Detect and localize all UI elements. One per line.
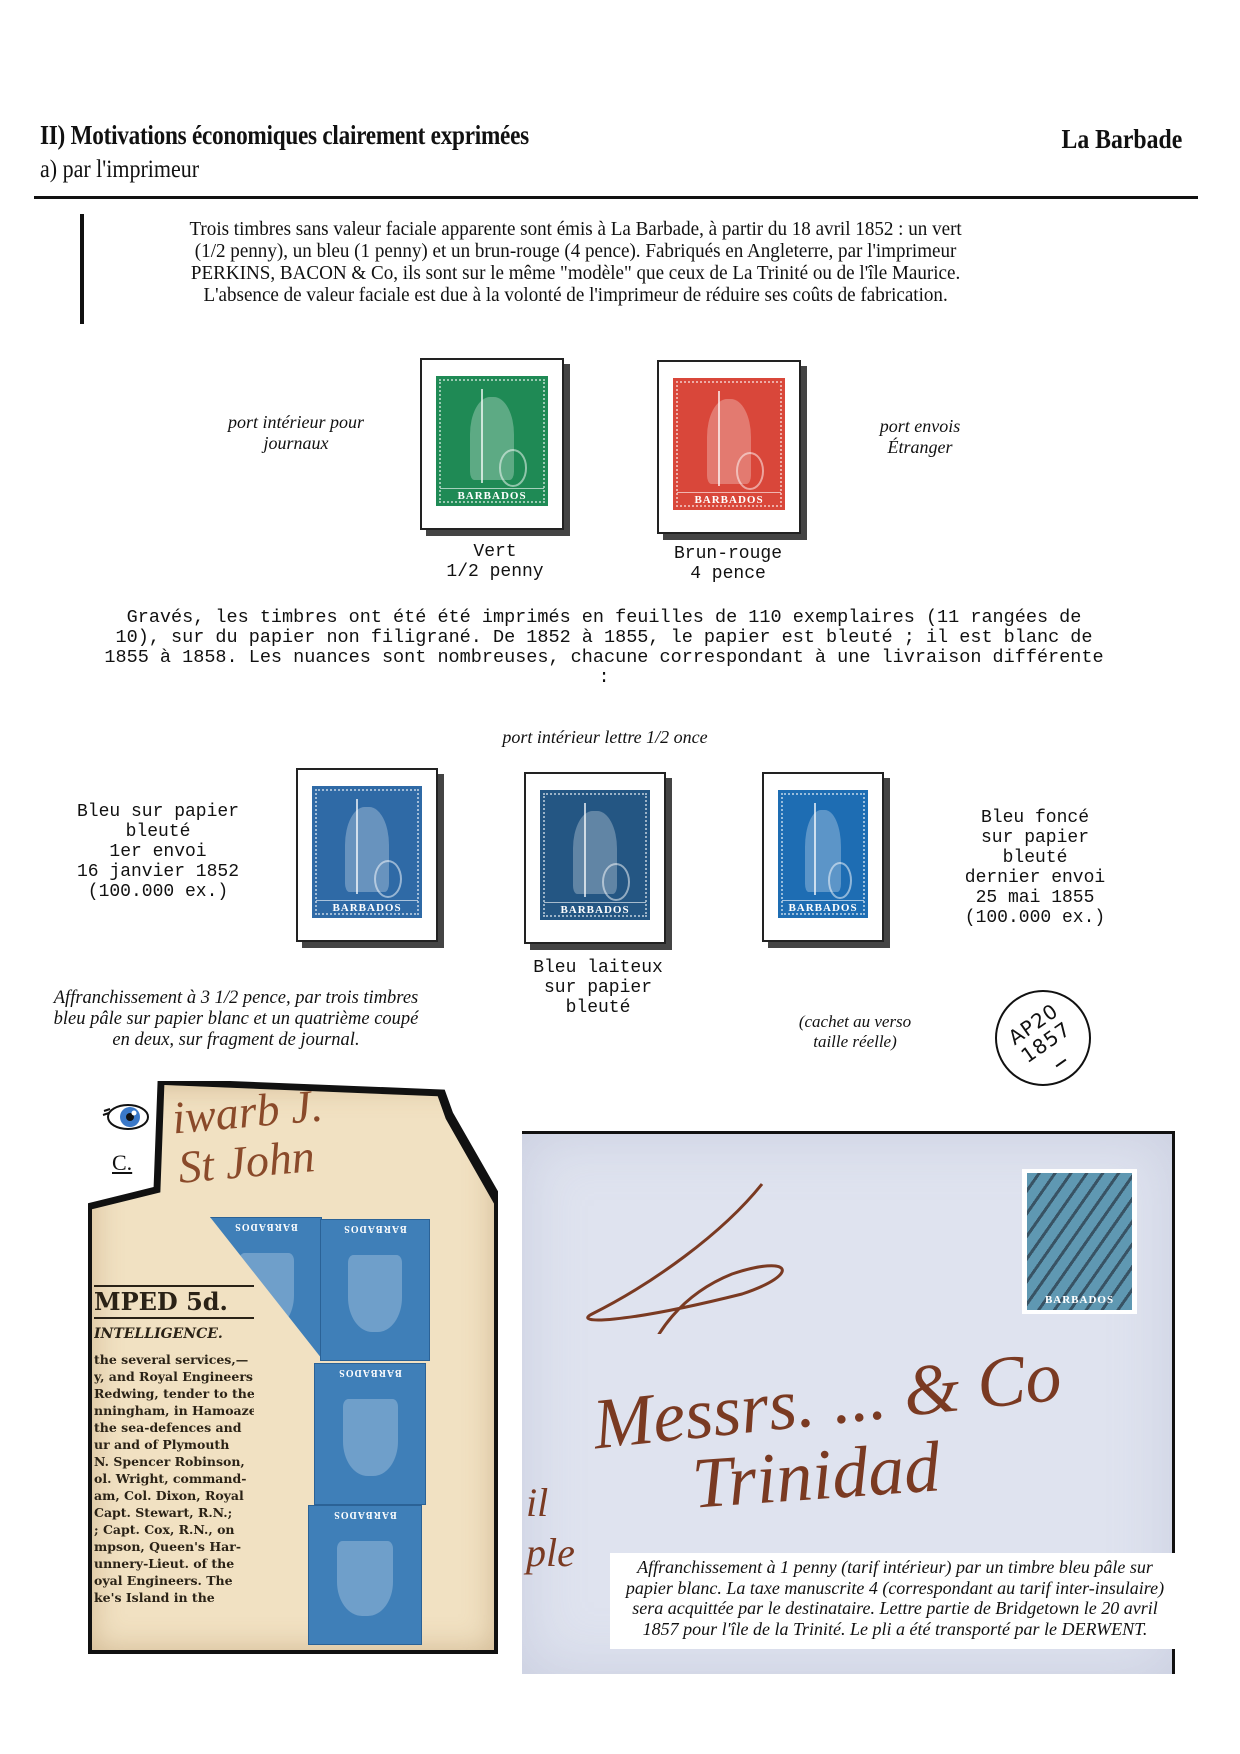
note-letter-rate: port intérieur lettre 1/2 once: [420, 727, 790, 748]
newspaper-line: the sea-defences and: [94, 1419, 254, 1436]
stamp-blue-2[interactable]: BARBADOS: [540, 790, 650, 920]
newspaper-line: oyal Engineers. The: [94, 1572, 254, 1589]
country-label: La Barbade: [1061, 124, 1182, 155]
printing-paragraph: Gravés, les timbres ont été été imprimés…: [104, 608, 1104, 688]
stamp-inscription: BARBADOS: [440, 488, 544, 503]
newspaper-line: ke's Island in the: [94, 1589, 254, 1606]
tax-mark-4: [562, 1174, 822, 1334]
stamp-mount-red: BARBADOS: [657, 360, 801, 534]
caption-green-stamp: Vert 1/2 penny: [395, 542, 595, 582]
stamp-mount-blue-3: BARBADOS: [762, 772, 884, 942]
caption-blue-stamp-2: Bleu laiteux sur papier bleuté: [508, 958, 688, 1018]
stamp-inscription: BARBADOS: [316, 900, 418, 915]
margin-script: ple: [526, 1529, 575, 1576]
newspaper-line: Capt. Stewart, R.N.;: [94, 1504, 254, 1521]
newspaper-fragment: iwarb J. St John MPED 5d. INTELLIGENCE. …: [92, 1085, 494, 1650]
intro-paragraph: Trois timbres sans valeur faciale appare…: [92, 218, 1059, 306]
newspaper-line: ol. Wright, command-: [94, 1470, 254, 1487]
newspaper-line: the several services,—: [94, 1351, 254, 1368]
newspaper-line: mpson, Queen's Har-: [94, 1538, 254, 1555]
fragment-stamp[interactable]: BARBADOS: [308, 1505, 422, 1645]
stamp-inscription: BARBADOS: [1031, 1294, 1128, 1306]
stamp-mount-green: BARBADOS: [420, 358, 564, 530]
cover-caption: Affranchissement à 1 penny (tarif intéri…: [610, 1553, 1180, 1649]
newspaper-line: ; Capt. Cox, R.N., on: [94, 1521, 254, 1538]
cover-stamp[interactable]: BARBADOS: [1022, 1169, 1137, 1314]
fragment-stamp[interactable]: BARBADOS: [320, 1219, 430, 1361]
caption-blue-stamp-1: Bleu sur papier bleuté 1er envoi 16 janv…: [48, 802, 268, 902]
intro-line: (1/2 penny), un bleu (1 penny) et un bru…: [92, 240, 1059, 262]
caption-red-stamp: Brun-rouge 4 pence: [628, 544, 828, 584]
stamp-inscription: BARBADOS: [677, 492, 781, 507]
page-subtitle: a) par l'imprimeur: [40, 156, 199, 184]
postmark: AP201857: [995, 990, 1091, 1086]
note-foreign-rate: port envois Étranger: [855, 416, 985, 458]
stamp-mount-blue-2: BARBADOS: [524, 772, 666, 944]
address-line: Trinidad: [689, 1425, 942, 1525]
stamp-inscription: BARBADOS: [544, 902, 646, 917]
newspaper-line: am, Col. Dixon, Royal: [94, 1487, 254, 1504]
newspaper-line: Redwing, tender to the: [94, 1385, 254, 1402]
intro-line: PERKINS, BACON & Co, ils sont sur le mêm…: [92, 262, 1059, 284]
caption-blue-stamp-3: Bleu foncé sur papier bleuté dernier env…: [930, 808, 1140, 928]
intro-line: Trois timbres sans valeur faciale appare…: [92, 218, 1059, 240]
newspaper-headline: MPED 5d.: [94, 1285, 254, 1319]
newspaper-line: y, and Royal Engineers: [94, 1368, 254, 1385]
newspaper-line: N. Spencer Robinson,: [94, 1453, 254, 1470]
note-newspaper-rate: port intérieur pour journaux: [196, 412, 396, 454]
margin-script: il: [526, 1479, 548, 1526]
stamp-green[interactable]: BARBADOS: [436, 376, 548, 506]
stamp-mount-blue-1: BARBADOS: [296, 768, 438, 942]
intro-margin-bar: [80, 214, 84, 324]
postmark-note: (cachet au verso taille réelle): [780, 1012, 930, 1052]
newspaper-section: INTELLIGENCE.: [94, 1323, 254, 1345]
stamp-blue-3[interactable]: BARBADOS: [778, 790, 868, 918]
stamp-inscription: BARBADOS: [782, 900, 864, 915]
stamp-blue-1[interactable]: BARBADOS: [312, 786, 422, 918]
intro-line: L'absence de valeur faciale est due à la…: [92, 284, 1059, 306]
newspaper-line: nningham, in Hamoaze,: [94, 1402, 254, 1419]
stamp-brick-red[interactable]: BARBADOS: [673, 378, 785, 510]
page-title: II) Motivations économiques clairement e…: [40, 120, 529, 151]
newspaper-text: MPED 5d. INTELLIGENCE. the several servi…: [94, 1285, 254, 1606]
newspaper-line: unnery-Lieut. of the: [94, 1555, 254, 1572]
newspaper-line: ur and of Plymouth: [94, 1436, 254, 1453]
fragment-stamp[interactable]: BARBADOS: [314, 1363, 426, 1505]
header-rule: [34, 196, 1198, 199]
fragment-caption: Affranchissement à 3 1/2 pence, par troi…: [52, 988, 420, 1051]
